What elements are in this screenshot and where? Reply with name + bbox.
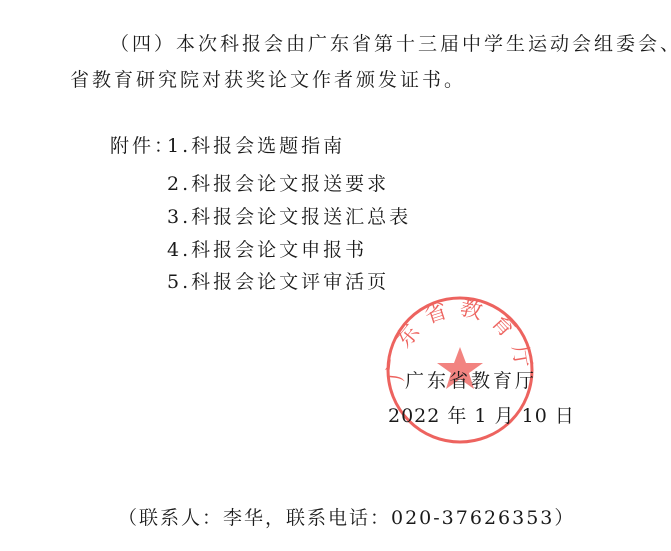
- paragraph-line-1: （四）本次科报会由广东省第十三届中学生运动会组委会、: [110, 32, 671, 56]
- paragraph-line-2: 省教育研究院对获奖论文作者颁发证书。: [70, 68, 466, 92]
- attachment-item: 2.科报会论文报送要求: [167, 172, 389, 196]
- attachment-item: 3.科报会论文报送汇总表: [167, 205, 411, 229]
- signature-date: 2022 年 1 月 10 日: [388, 404, 575, 428]
- contact-info: （联系人：李华，联系电话：020-37626353）: [118, 506, 575, 530]
- attachment-item: 4.科报会论文申报书: [167, 238, 367, 262]
- signature-organization: 广东省教育厅: [405, 369, 537, 393]
- attachment-item: 1.科报会选题指南: [167, 134, 345, 158]
- attachment-item: 5.科报会论文评审活页: [167, 270, 389, 294]
